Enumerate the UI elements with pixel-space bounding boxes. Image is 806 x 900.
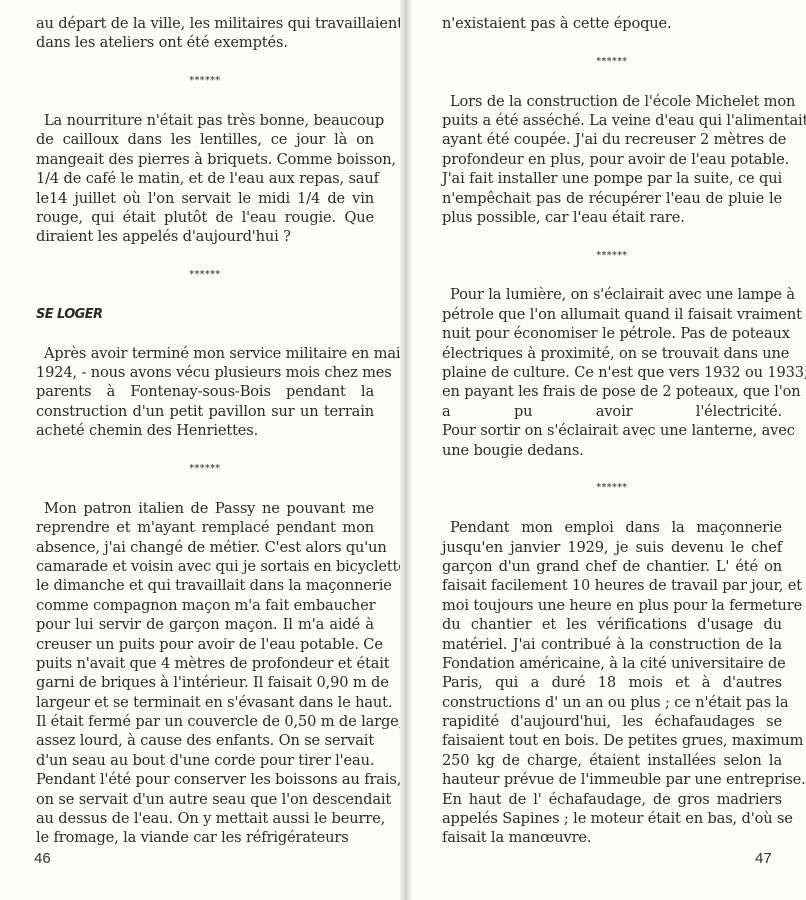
spacer xyxy=(36,324,374,343)
page-right: n'existaient pas à cette époque.******Lo… xyxy=(404,0,806,900)
page-number-right: 47 xyxy=(755,850,772,867)
text-line: dans les ateliers ont été exemptés. xyxy=(36,33,374,52)
paragraph: Pendant mon emploi dans la maçonneriejus… xyxy=(442,518,782,848)
text-line: rouge, qui était plutôt de l'eau rougie.… xyxy=(36,208,374,227)
spacer xyxy=(442,33,782,52)
text-line: Il était fermé par un couvercle de 0,50 … xyxy=(36,712,374,731)
section-heading: SE LOGER xyxy=(36,305,374,324)
text-line: au départ de la ville, les militaires qu… xyxy=(36,14,374,33)
text-line: diraient les appelés d'aujourd'hui ? xyxy=(36,227,374,246)
text-line: faisait facilement 10 heures de travail … xyxy=(442,576,782,595)
page-number-left: 46 xyxy=(34,850,51,867)
text-line: 1924, - nous avons vécu plusieurs mois c… xyxy=(36,363,374,382)
text-line: La nourriture n'était pas très bonne, be… xyxy=(36,111,374,130)
text-line: le14 juillet où l'on servait le midi 1/4… xyxy=(36,189,374,208)
text-line: appelés Sapines ; le moteur était en bas… xyxy=(442,809,782,828)
page-left-body: au départ de la ville, les militaires qu… xyxy=(36,14,374,848)
section-separator: ****** xyxy=(442,53,782,72)
spacer xyxy=(442,72,782,91)
spacer xyxy=(36,441,374,460)
section-separator: ****** xyxy=(36,72,374,91)
text-line: le dimanche et qui travaillait dans la m… xyxy=(36,576,374,595)
text-line: moi toujours une heure en plus pour la f… xyxy=(442,596,782,615)
text-line: rapidité d'aujourd'hui, les échafaudages… xyxy=(442,712,782,731)
text-line: en payant les frais de pose de 2 poteaux… xyxy=(442,382,782,401)
text-line: d'un seau au bout d'une corde pour tirer… xyxy=(36,751,374,770)
text-line: mangeait des pierres à briquets. Comme b… xyxy=(36,150,374,169)
text-line: reprendre et m'ayant remplacé pendant mo… xyxy=(36,518,374,537)
text-line: pour lui servir de garçon maçon. Il m'a … xyxy=(36,615,374,634)
text-line: le fromage, la viande car les réfrigérat… xyxy=(36,828,374,847)
paragraph: La nourriture n'était pas très bonne, be… xyxy=(36,111,374,247)
text-line: acheté chemin des Henriettes. xyxy=(36,421,374,440)
text-line: jusqu'en janvier 1929, je suis devenu le… xyxy=(442,538,782,557)
text-line: Fondation américaine, à la cité universi… xyxy=(442,654,782,673)
text-line: n'empêchait pas de récupérer l'eau de pl… xyxy=(442,189,782,208)
page-right-body: n'existaient pas à cette époque.******Lo… xyxy=(442,14,782,848)
section-separator: ****** xyxy=(36,460,374,479)
spacer xyxy=(442,460,782,479)
text-line: Pour sortir on s'éclairait avec une lant… xyxy=(442,421,782,440)
text-line: a pu avoir l'électricité. xyxy=(442,402,782,421)
spacer xyxy=(36,479,374,498)
text-line: comme compagnon maçon m'a fait embaucher xyxy=(36,596,374,615)
text-line: assez lourd, à cause des enfants. On se … xyxy=(36,731,374,750)
text-line: profondeur en plus, pour avoir de l'eau … xyxy=(442,150,782,169)
text-line: matériel. J'ai contribué à la constructi… xyxy=(442,635,782,654)
spacer xyxy=(442,499,782,518)
text-line: Pendant mon emploi dans la maçonnerie xyxy=(442,518,782,537)
paragraph: Pour la lumière, on s'éclairait avec une… xyxy=(442,285,782,460)
text-line: parents à Fontenay-sous-Bois pendant la xyxy=(36,382,374,401)
spacer xyxy=(442,227,782,246)
text-line: puits a été asséché. La veine d'eau qui … xyxy=(442,111,782,130)
text-line: du chantier et les vérifications d'usage… xyxy=(442,615,782,634)
text-line: faisait la manœuvre. xyxy=(442,828,782,847)
text-line: garni de briques à l'intérieur. Il faisa… xyxy=(36,673,374,692)
text-line: J'ai fait installer une pompe par la sui… xyxy=(442,169,782,188)
text-line: au dessus de l'eau. On y mettait aussi l… xyxy=(36,809,374,828)
text-line: plus possible, car l'eau était rare. xyxy=(442,208,782,227)
spacer xyxy=(36,247,374,266)
text-line: Mon patron italien de Passy ne pouvant m… xyxy=(36,499,374,518)
text-line: 250 kg de charge, étaient installées sel… xyxy=(442,751,782,770)
text-line: 1/4 de café le matin, et de l'eau aux re… xyxy=(36,169,374,188)
text-line: hauteur prévue de l'immeuble par une ent… xyxy=(442,770,782,789)
spacer xyxy=(36,285,374,304)
text-line: puits n'avait que 4 mètres de profondeur… xyxy=(36,654,374,673)
paragraph: n'existaient pas à cette époque. xyxy=(442,14,782,33)
book-spread: au départ de la ville, les militaires qu… xyxy=(0,0,806,900)
spacer xyxy=(36,53,374,72)
text-line: Pour la lumière, on s'éclairait avec une… xyxy=(442,285,782,304)
text-line: pétrole que l'on allumait quand il faisa… xyxy=(442,305,782,324)
paragraph: Lors de la construction de l'école Miche… xyxy=(442,92,782,228)
text-line: de cailloux dans les lentilles, ce jour … xyxy=(36,130,374,149)
text-line: nuit pour économiser le pétrole. Pas de … xyxy=(442,324,782,343)
section-separator: ****** xyxy=(442,247,782,266)
section-separator: ****** xyxy=(36,266,374,285)
paragraph: Mon patron italien de Passy ne pouvant m… xyxy=(36,499,374,848)
paragraph: Après avoir terminé mon service militair… xyxy=(36,344,374,441)
text-line: électriques à proximité, on se trouvait … xyxy=(442,344,782,363)
text-line: constructions d' un an ou plus ; ce n'ét… xyxy=(442,693,782,712)
text-line: ayant été coupée. J'ai du recreuser 2 mè… xyxy=(442,130,782,149)
text-line: largeur et se terminait en s'évasant dan… xyxy=(36,693,374,712)
text-line: En haut de l' échafaudage, de gros madri… xyxy=(442,790,782,809)
text-line: Lors de la construction de l'école Miche… xyxy=(442,92,782,111)
text-line: une bougie dedans. xyxy=(442,441,782,460)
text-line: construction d'un petit pavillon sur un … xyxy=(36,402,374,421)
text-line: garçon d'un grand chef de chantier. L' é… xyxy=(442,557,782,576)
book-gutter xyxy=(400,0,412,900)
text-line: faisaient tout en bois. De petites grues… xyxy=(442,731,782,750)
text-line: Pendant l'été pour conserver les boisson… xyxy=(36,770,374,789)
text-line: plaine de culture. Ce n'est que vers 193… xyxy=(442,363,782,382)
section-separator: ****** xyxy=(442,479,782,498)
page-left: au départ de la ville, les militaires qu… xyxy=(0,0,404,900)
text-line: n'existaient pas à cette époque. xyxy=(442,14,782,33)
spacer xyxy=(36,92,374,111)
text-line: Après avoir terminé mon service militair… xyxy=(36,344,374,363)
text-line: creuser un puits pour avoir de l'eau pot… xyxy=(36,635,374,654)
text-line: camarade et voisin avec qui je sortais e… xyxy=(36,557,374,576)
text-line: on se servait d'un autre seau que l'on d… xyxy=(36,790,374,809)
paragraph: au départ de la ville, les militaires qu… xyxy=(36,14,374,53)
text-line: absence, j'ai changé de métier. C'est al… xyxy=(36,538,374,557)
spacer xyxy=(442,266,782,285)
text-line: Paris, qui a duré 18 mois et à d'autres xyxy=(442,673,782,692)
